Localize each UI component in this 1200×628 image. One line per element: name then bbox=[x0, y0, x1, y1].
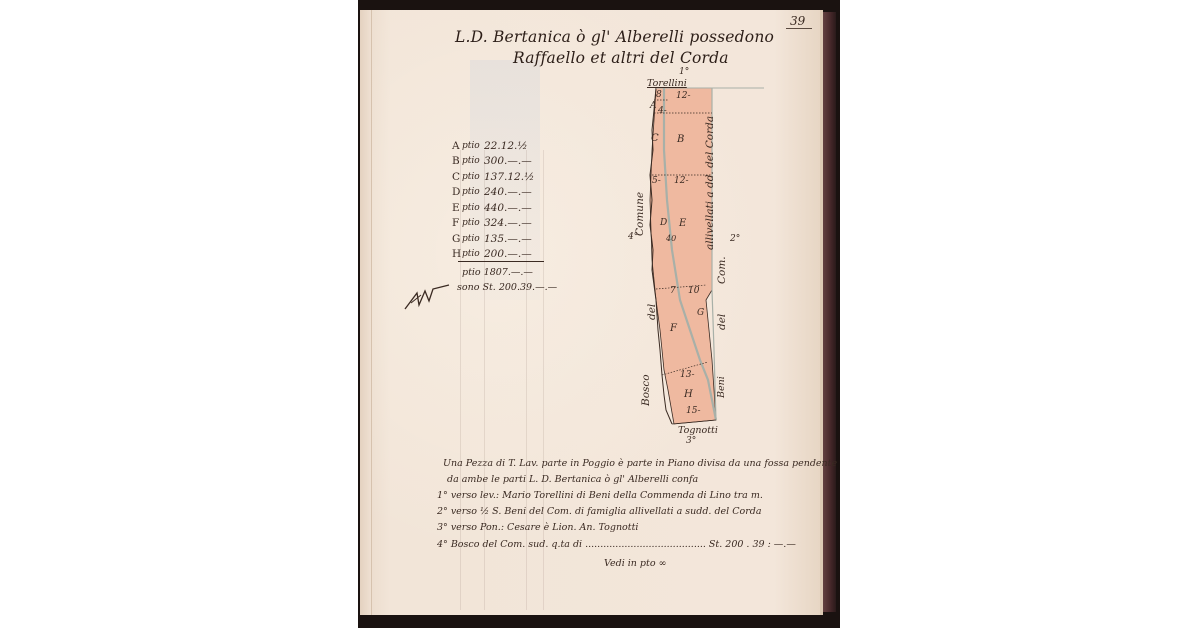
measure-label: 15- bbox=[686, 406, 701, 416]
description-footer: Vedi in pto ∞ bbox=[604, 558, 666, 569]
parcel-label-f: F bbox=[670, 323, 677, 334]
description-line-2: da ambe le parti L. D. Bertanica ò gl' A… bbox=[447, 474, 698, 485]
east-label-beni: Beni bbox=[716, 376, 727, 398]
measure-label: 8 bbox=[656, 90, 662, 100]
south-ordinal: 3° bbox=[686, 436, 696, 446]
north-ordinal: 1° bbox=[679, 67, 689, 77]
east-label-del: del bbox=[716, 314, 728, 330]
measure-label: 10 bbox=[688, 286, 699, 296]
measure-label: 4- bbox=[658, 106, 667, 116]
measure-label: 13- bbox=[680, 370, 695, 380]
description-line-4: 2° verso ½ S. Beni del Com. di famiglia … bbox=[437, 506, 761, 517]
west-label-comune: Comune bbox=[634, 192, 646, 236]
west-label-del: del bbox=[646, 304, 658, 320]
description-line-6: 4° Bosco del Com. sud. q.ta di .........… bbox=[437, 539, 796, 550]
parcel-label-h: H bbox=[684, 389, 693, 400]
measure-label: 5- bbox=[652, 176, 661, 186]
measure-label: 40 bbox=[666, 234, 676, 243]
north-neighbor-label: Torellini bbox=[647, 78, 687, 89]
measure-label: 12- bbox=[674, 176, 689, 186]
parcel-label-e: E bbox=[679, 218, 686, 229]
parcel-map bbox=[0, 0, 1200, 628]
south-neighbor-label: Tognotti bbox=[678, 425, 718, 436]
east-ordinal: 2° bbox=[730, 234, 740, 244]
parcel-label-a: A bbox=[650, 101, 657, 111]
parcel-label-g: G bbox=[697, 308, 704, 318]
parcel-label-d: D bbox=[660, 218, 667, 228]
east-label-com: Com. bbox=[716, 256, 728, 284]
west-label-bosco: Bosco bbox=[640, 374, 652, 406]
description-line-3: 1° verso lev.: Mario Torellini di Beni d… bbox=[437, 490, 763, 501]
measure-label: 7 bbox=[670, 286, 676, 296]
description-line-5: 3° verso Pon.: Cesare è Lion. An. Tognot… bbox=[437, 522, 638, 533]
east-label-allivellati: allivellati a dd. del Corda bbox=[704, 116, 716, 250]
description-line-1: Una Pezza di T. Lav. parte in Poggio è p… bbox=[443, 458, 837, 469]
measure-label: 12- bbox=[676, 91, 691, 101]
parcel-label-b: B bbox=[677, 134, 684, 145]
west-ordinal: 4° bbox=[628, 232, 638, 242]
parcel-label-c: C bbox=[651, 133, 659, 144]
